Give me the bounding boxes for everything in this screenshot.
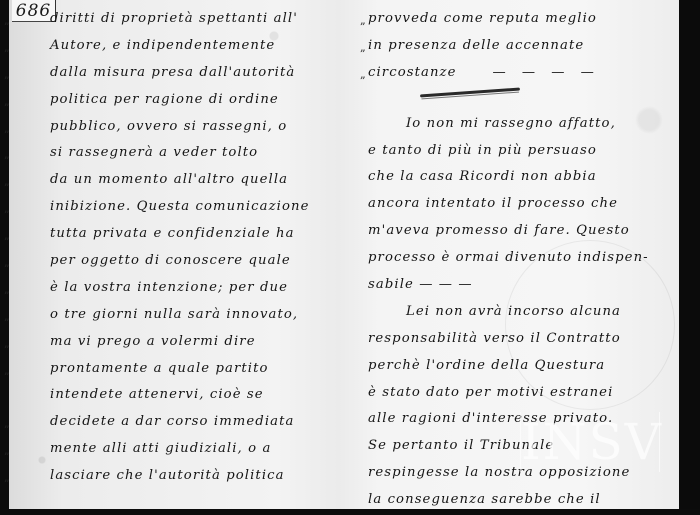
paragraph-refusal: Io non mi rassegno affatto, e tanto di p… — [368, 111, 668, 299]
text-line: intendete attenervi, cioè se — [30, 382, 350, 409]
text-line: mente alli atti giudiziali, o a — [30, 436, 350, 463]
scan-border-right — [679, 0, 700, 515]
text-line: o tre giorni nulla sarà innovato, — [30, 302, 350, 329]
text-line: pubblico, ovvero si rassegni, o — [30, 114, 350, 141]
archive-watermark: INSV — [520, 412, 660, 472]
text-line: tutta privata e confidenziale ha — [30, 221, 350, 248]
dash-run: — — — — — [457, 60, 600, 87]
document-scan: 686 diritti di proprietà spettanti all' … — [0, 0, 700, 515]
text-line: ancora intentato il processo che — [368, 191, 668, 218]
text-line: lasciare che l'autorità politica — [30, 463, 350, 490]
text-line: per oggetto di conoscere quale — [30, 248, 350, 275]
text-line: dalla misura presa dall'autorità — [30, 60, 350, 87]
paragraph-responsibility: Lei non avrà incorso alcuna responsabili… — [368, 299, 668, 514]
text-line: Autore, e indipendentemente — [30, 33, 350, 60]
paragraph-closing-quote: provveda come reputa meglio in presenza … — [368, 6, 668, 87]
text-line: ma vi prego a volermi dire — [30, 329, 350, 356]
text-line: circostanze — — — — — [368, 60, 668, 87]
text-line: processo è ormai divenuto indispen- — [368, 245, 668, 272]
text-line: sabile — — — — [368, 272, 668, 299]
text-line: decidete a dar corso immediata — [30, 409, 350, 436]
left-column: diritti di proprietà spettanti all' Auto… — [30, 6, 350, 490]
text-fragment: circostanze — [368, 60, 457, 87]
text-line: responsabilità verso il Contratto — [368, 326, 668, 353]
text-line: provveda come reputa meglio — [368, 6, 668, 33]
scan-border-bottom — [0, 509, 700, 515]
text-line: m'aveva promesso di fare. Questo — [368, 218, 668, 245]
text-line: diritti di proprietà spettanti all' — [30, 6, 350, 33]
text-line: è la vostra intenzione; per due — [30, 275, 350, 302]
text-line: e tanto di più in più persuaso — [368, 138, 668, 165]
text-line: in presenza delle accennate — [368, 33, 668, 60]
text-line: che la casa Ricordi non abbia — [368, 164, 668, 191]
text-line: perchè l'ordine della Questura — [368, 353, 668, 380]
text-line: politica per ragione di ordine — [30, 87, 350, 114]
text-line: si rassegnerà a veder tolto — [30, 140, 350, 167]
text-line: inibizione. Questa comunicazione — [30, 194, 350, 221]
text-line: Io non mi rassegno affatto, — [368, 111, 668, 138]
text-line: è stato dato per motivi estranei — [368, 380, 668, 407]
divider-line — [420, 87, 520, 97]
text-line: prontamente a quale partito — [30, 356, 350, 383]
section-divider-stroke — [368, 87, 668, 111]
text-line: da un momento all'altro quella — [30, 167, 350, 194]
text-line: Lei non avrà incorso alcuna — [368, 299, 668, 326]
